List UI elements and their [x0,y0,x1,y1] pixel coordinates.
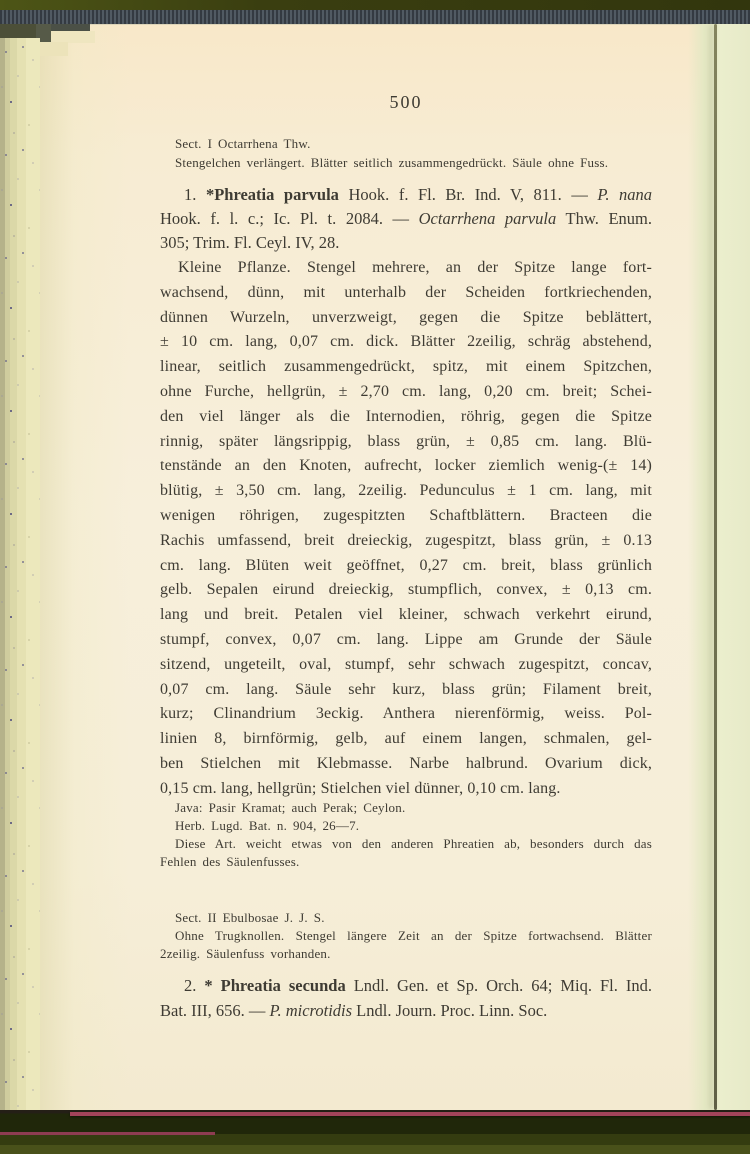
text-line: lang und breit. Petalen viel kleiner, sc… [160,603,652,628]
synonym-italic: P. microtidis [270,1001,353,1020]
page-number: 500 [160,92,652,113]
cover-maroon-stripe [70,1112,750,1116]
book-cover-bottom [0,1110,750,1154]
citation-text: 1. [184,185,206,204]
gutter-crease-line [714,24,717,1110]
species-1-citation: 1. *Phreatia parvula Hook. f. Fl. Br. In… [160,183,652,255]
text-line: linien 8, birnförmig, gelb, auf einem la… [160,727,652,752]
text-line: dünnen Wurzeln, unverzweigt, gegen die S… [160,306,652,331]
text-line: cm. lang. Blüten weit geöffnet, 0,27 cm.… [160,554,652,579]
species-name-bold: * Phreatia secunda [204,976,345,995]
text-line: Bat. III, 656. — P. microtidis Lndl. Jou… [160,999,652,1024]
species-1-description: Kleine Pflanze. Stengel mehrere, an der … [160,256,652,802]
text-line: blütig, ± 3,50 cm. lang, 2zeilig. Pedunc… [160,479,652,504]
text-line: Rachis umfassend, breit dreieckig, zuges… [160,529,652,554]
locality-line: Java: Pasir Kramat; auch Perak; Ceylon. [160,799,652,817]
species-name-bold: *Phreatia parvula [206,185,339,204]
text-line: Kleine Pflanze. Stengel mehrere, an der … [160,256,652,281]
citation-text: Hook. f. Fl. Br. Ind. V, 811. — [339,185,597,204]
text-line: 2. * Phreatia secunda Lndl. Gen. et Sp. … [160,974,652,999]
text-line: wachsend, dünn, mit unterhalb der Scheid… [160,281,652,306]
page-edge-stack-left [0,38,40,1110]
section-2-subheading-line: Ohne Trugknollen. Stengel längere Zeit a… [160,927,652,945]
text-line: 0,15 cm. lang, hellgrün; Stielchen viel … [160,777,652,802]
text-line: tenstände an den Knoten, aufrecht, locke… [160,454,652,479]
citation-text: 2. [184,976,204,995]
text-line: ben Stielchen mit Klebmasse. Narbe halbr… [160,752,652,777]
text-line: rinnig, später längsrippig, blass grün, … [160,430,652,455]
herbarium-line: Herb. Lugd. Bat. n. 904, 26—7. [160,817,652,835]
text-line: kurz; Clinandrium 3eckig. Anthera nieren… [160,702,652,727]
section-1-subheading: Stengelchen verlängert. Blätter seitlich… [160,154,652,172]
text-line: ± 10 cm. lang, 0,07 cm. dick. Blätter 2z… [160,330,652,355]
citation-text: Bat. III, 656. — [160,1001,270,1020]
page-text-block: 500 Sect. I Octarrhena Thw. Stengelchen … [160,0,652,1110]
synonym-italic: Octarrhena parvula [419,209,557,228]
text-line: 305; Trim. Fl. Ceyl. IV, 28. [160,231,652,255]
note-line: Fehlen des Säulenfusses. [160,853,652,871]
note-line: Diese Art. weicht etwas von den anderen … [160,835,652,853]
text-line: ohne Furche, hellgrün, ± 2,70 cm. lang, … [160,380,652,405]
text-line: sitzend, ungeteilt, oval, stumpf, sehr s… [160,653,652,678]
species-2-citation: 2. * Phreatia secunda Lndl. Gen. et Sp. … [160,974,652,1023]
citation-text: Hook. f. l. c.; Ic. Pl. t. 2084. — [160,209,419,228]
citation-text: Lndl. Gen. et Sp. Orch. 64; Miq. Fl. Ind… [346,976,652,995]
text-line: 0,07 cm. lang. Säule sehr kurz, blass gr… [160,678,652,703]
page-corner-step [40,42,68,56]
cover-maroon-stripe [0,1132,215,1135]
page-gutter-right [688,24,750,1110]
section-2-subheading-line: 2zeilig. Säulenfuss vorhanden. [160,945,652,963]
text-line: 1. *Phreatia parvula Hook. f. Fl. Br. In… [160,183,652,207]
text-line: linear, seitlich zusammengedrückt, spitz… [160,355,652,380]
foxing-speckles [0,38,40,1110]
text-line: stumpf, convex, 0,07 cm. lang. Lippe am … [160,628,652,653]
citation-text: Lndl. Journ. Proc. Linn. Soc. [352,1001,547,1020]
scanned-book-page: 500 Sect. I Octarrhena Thw. Stengelchen … [0,0,750,1154]
text-line: den viel länger als die Internodien, röh… [160,405,652,430]
citation-text: 305; Trim. Fl. Ceyl. IV, 28. [160,233,339,252]
text-line: gelb. Sepalen eirund dreieckig, stumpfli… [160,578,652,603]
text-line: Hook. f. l. c.; Ic. Pl. t. 2084. — Octar… [160,207,652,231]
section-1-heading: Sect. I Octarrhena Thw. [160,135,652,153]
synonym-italic: P. nana [597,185,652,204]
section-2-heading: Sect. II Ebulbosae J. J. S. [160,909,652,927]
text-line: wenigen röhrigen, zugespitzten Schaftblä… [160,504,652,529]
citation-text: Thw. Enum. [556,209,652,228]
